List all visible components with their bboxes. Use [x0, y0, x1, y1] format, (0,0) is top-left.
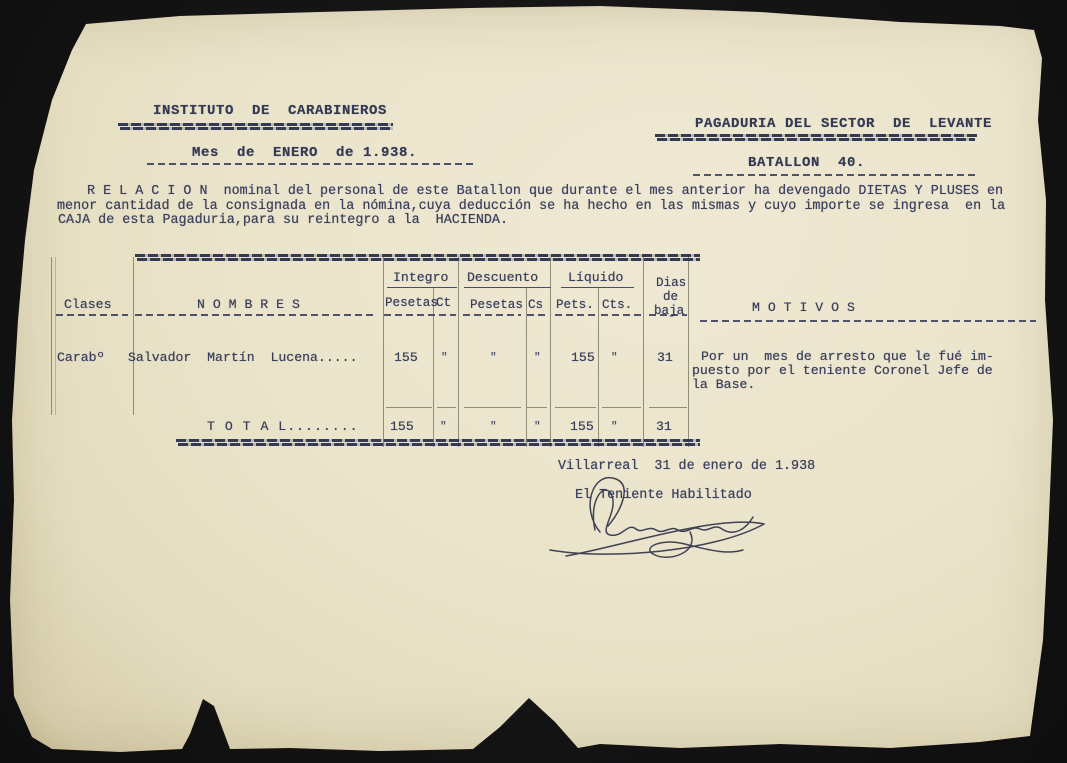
- header-dash-liq-pets: [555, 314, 595, 316]
- col-header-integro: Integro: [393, 270, 448, 285]
- table-bottom-border: [176, 439, 700, 442]
- table-rule-integro-descuento: [458, 257, 459, 447]
- table-rule-nombres-integro: [383, 257, 384, 447]
- col-header-motivos: M O T I V O S: [752, 300, 855, 315]
- total-liquido-cts: ": [611, 421, 618, 433]
- header-dash-liq-cts: [601, 314, 641, 316]
- table-rule-right: [688, 257, 689, 447]
- header-dash-desc-cs: [527, 314, 547, 316]
- table-top-border2: [137, 258, 700, 261]
- col-header-liquido-pets: Pets.: [556, 298, 594, 312]
- row-integro-ct: ": [441, 352, 448, 364]
- table-rule-clases-nombres: [133, 257, 134, 415]
- row-nombre: Salvador Martín Lucena.....: [128, 350, 358, 365]
- sum-line-desc-pts: [464, 407, 521, 408]
- intro-line-2: menor cantidad de la consignada en la nó…: [57, 199, 1005, 214]
- total-dias-baja: 31: [656, 419, 672, 434]
- pagaduria-underline: [655, 134, 977, 137]
- pagaduria-title: PAGADURIA DEL SECTOR DE LEVANTE: [695, 116, 992, 132]
- table-rule-left: [51, 257, 52, 415]
- total-integro-pesetas: 155: [390, 419, 414, 434]
- header-dash-integro: [384, 314, 456, 316]
- total-integro-ct: ": [440, 421, 447, 433]
- liquido-underline: [561, 287, 634, 288]
- col-header-dias-3: baja: [654, 304, 684, 318]
- row-motivo-1: Por un mes de arresto que le fué im-: [701, 349, 994, 364]
- sum-line-dias: [649, 407, 687, 408]
- sum-line-integro-ct: [437, 407, 456, 408]
- batallon-line: BATALLON 40.: [748, 155, 865, 171]
- intro-line-1: R E L A C I O N nominal del personal de …: [87, 184, 1003, 199]
- col-header-dias-1: Dias: [656, 276, 686, 290]
- col-header-clases: Clases: [64, 297, 111, 312]
- motivos-underline: [700, 320, 1036, 322]
- batallon-underline: [693, 174, 978, 176]
- row-clase: Carabº: [57, 350, 104, 365]
- total-liquido-pts: 155: [570, 419, 594, 434]
- table-rule-liquido-dias: [643, 257, 644, 447]
- table-bottom-border2: [178, 443, 700, 446]
- sum-line-desc-cs: [527, 407, 547, 408]
- col-header-dias-2: de: [663, 290, 678, 304]
- col-header-liquido-cts: Cts.: [602, 298, 632, 312]
- col-header-integro-ct: Ct: [436, 296, 451, 310]
- row-integro-pesetas: 155: [394, 350, 418, 365]
- descuento-underline: [464, 287, 551, 288]
- header-dash-nombres: [135, 314, 377, 316]
- total-label: T O T A L........: [207, 419, 359, 434]
- col-header-descuento: Descuento: [467, 270, 538, 285]
- header-dash-clases: [56, 314, 128, 316]
- row-motivo-2: puesto por el teniente Coronel Jefe de: [692, 363, 993, 378]
- org-title-underline: [118, 123, 393, 126]
- table-rule-left2: [55, 257, 56, 415]
- org-title-underline2: [120, 127, 393, 130]
- table-rule-descuento-liquido: [550, 257, 551, 447]
- row-liquido-cts: ": [611, 352, 618, 364]
- signature-handwriting: [538, 476, 778, 566]
- col-header-liquido: Líquido: [568, 270, 623, 285]
- sum-line-integro-pts: [386, 407, 432, 408]
- row-descuento-pesetas: ": [490, 352, 497, 364]
- row-motivo-3: la Base.: [692, 377, 755, 392]
- col-header-descuento-pesetas: Pesetas: [470, 298, 523, 312]
- total-descuento-cs: ": [534, 421, 541, 433]
- table-rule-descuento-split: [526, 288, 527, 447]
- table-rule-integro-split: [433, 288, 434, 447]
- place-date-line: Villarreal 31 de enero de 1.938: [558, 459, 815, 474]
- integro-underline: [387, 287, 457, 288]
- total-descuento-pesetas: ": [490, 421, 497, 433]
- table-top-border: [135, 254, 700, 257]
- intro-line-3: CAJA de esta Pagaduria,para su reintegro…: [58, 213, 508, 228]
- header-dash-desc-pesetas: [463, 314, 521, 316]
- col-header-descuento-cs: Cs: [528, 298, 543, 312]
- photo-background: INSTITUTO DE CARABINEROS Mes de ENERO de…: [0, 0, 1067, 763]
- org-title: INSTITUTO DE CARABINEROS: [153, 103, 387, 119]
- month-line: Mes de ENERO de 1.938.: [192, 145, 417, 161]
- pagaduria-underline2: [657, 138, 975, 141]
- col-header-nombres: N O M B R E S: [197, 297, 300, 312]
- row-liquido-pts: 155: [571, 350, 595, 365]
- month-underline: [147, 163, 477, 165]
- row-dias-baja: 31: [657, 350, 673, 365]
- col-header-integro-pesetas: Pesetas: [385, 296, 438, 310]
- sum-line-liq-pts: [555, 407, 596, 408]
- document-paper: INSTITUTO DE CARABINEROS Mes de ENERO de…: [0, 0, 1067, 763]
- sum-line-liq-cts: [602, 407, 641, 408]
- table-rule-liquido-split: [598, 288, 599, 447]
- row-descuento-cs: ": [534, 352, 541, 364]
